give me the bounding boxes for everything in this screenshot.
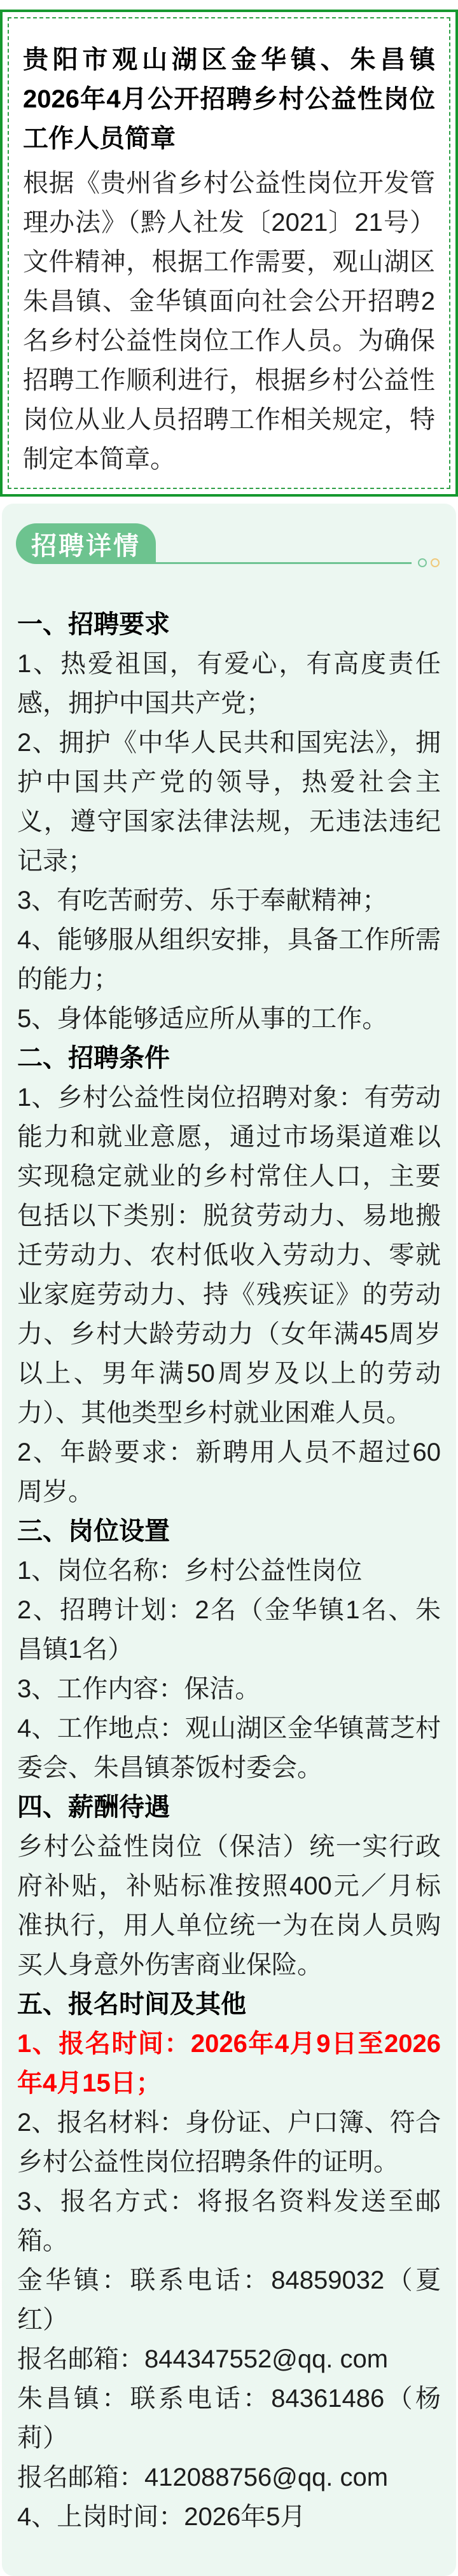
green-circle-icon [418,558,427,567]
intro-box-dashed-frame: 贵阳市观山湖区金华镇、朱昌镇2026年4月公开招聘乡村公益性岗位工作人员简章 根… [8,17,450,489]
paragraph: 金华镇：联系电话：84859032（夏红） [17,2261,441,2339]
details-content: 一、招聘要求1、热爱祖国，有爱心，有高度责任感，拥护中国共产党；2、拥护《中华人… [2,605,456,2537]
paragraph: 乡村公益性岗位（保洁）统一实行政府补贴，补贴标准按照400元／月标准执行，用人单… [17,1827,441,1985]
notice-title: 贵阳市观山湖区金华镇、朱昌镇2026年4月公开招聘乡村公益性岗位工作人员简章 [23,40,435,158]
paragraph: 1、岗位名称：乡村公益性岗位 [17,1551,441,1590]
decorative-line [156,562,412,564]
paragraph: 4、工作地点：观山湖区金华镇蒿芝村委会、朱昌镇茶饭村委会。 [17,1709,441,1787]
paragraph: 3、工作内容：保洁。 [17,1669,441,1709]
details-panel: 招聘详情 一、招聘要求1、热爱祖国，有爱心，有高度责任感，拥护中国共产党；2、拥… [2,504,456,2576]
section-heading: 一、招聘要求 [17,605,441,644]
paragraph: 4、能够服从组织安排，具备工作所需的能力； [17,920,441,999]
paragraph: 报名邮箱：412088756@qq. com [17,2458,441,2497]
yellow-circle-icon [431,558,440,567]
paragraph: 2、拥护《中华人民共和国宪法》，拥护中国共产党的领导，热爱社会主义，遵守国家法律… [17,723,441,881]
article-page: 贵阳市观山湖区金华镇、朱昌镇2026年4月公开招聘乡村公益性岗位工作人员简章 根… [0,10,458,2576]
paragraph: 5、身体能够适应所从事的工作。 [17,999,441,1038]
section-badge: 招聘详情 [16,523,156,564]
intro-paragraph: 根据《贵州省乡村公益性岗位开发管理办法》（黔人社发〔2021〕21号）文件精神，… [23,163,435,479]
paragraph: 1、乡村公益性岗位招聘对象：有劳动能力和就业意愿，通过市场渠道难以实现稳定就业的… [17,1078,441,1433]
paragraph: 4、上岗时间：2026年5月 [17,2497,441,2537]
paragraph: 3、有吃苦耐劳、乐于奉献精神； [17,881,441,920]
intro-box: 贵阳市观山湖区金华镇、朱昌镇2026年4月公开招聘乡村公益性岗位工作人员简章 根… [0,10,458,497]
paragraph: 朱昌镇：联系电话：84361486（杨莉） [17,2379,441,2458]
highlight-paragraph: 1、报名时间：2026年4月9日至2026年4月15日； [17,2024,441,2103]
section-heading: 三、岗位设置 [17,1512,441,1551]
paragraph: 2、年龄要求：新聘用人员不超过60周岁。 [17,1433,441,1512]
section-badge-label: 招聘详情 [31,526,141,562]
paragraph: 1、热爱祖国，有爱心，有高度责任感，拥护中国共产党； [17,644,441,723]
section-heading: 五、报名时间及其他 [17,1985,441,2024]
section-heading: 四、薪酬待遇 [17,1787,441,1827]
paragraph: 3、报名方式：将报名资料发送至邮箱。 [17,2182,441,2261]
paragraph: 2、招聘计划：2名（金华镇1名、朱昌镇1名） [17,1590,441,1669]
paragraph: 报名邮箱：844347552@qq. com [17,2339,441,2379]
badge-row: 招聘详情 [2,523,456,564]
section-heading: 二、招聘条件 [17,1038,441,1078]
paragraph: 2、报名材料：身份证、户口簿、符合乡村公益性岗位招聘条件的证明。 [17,2103,441,2182]
